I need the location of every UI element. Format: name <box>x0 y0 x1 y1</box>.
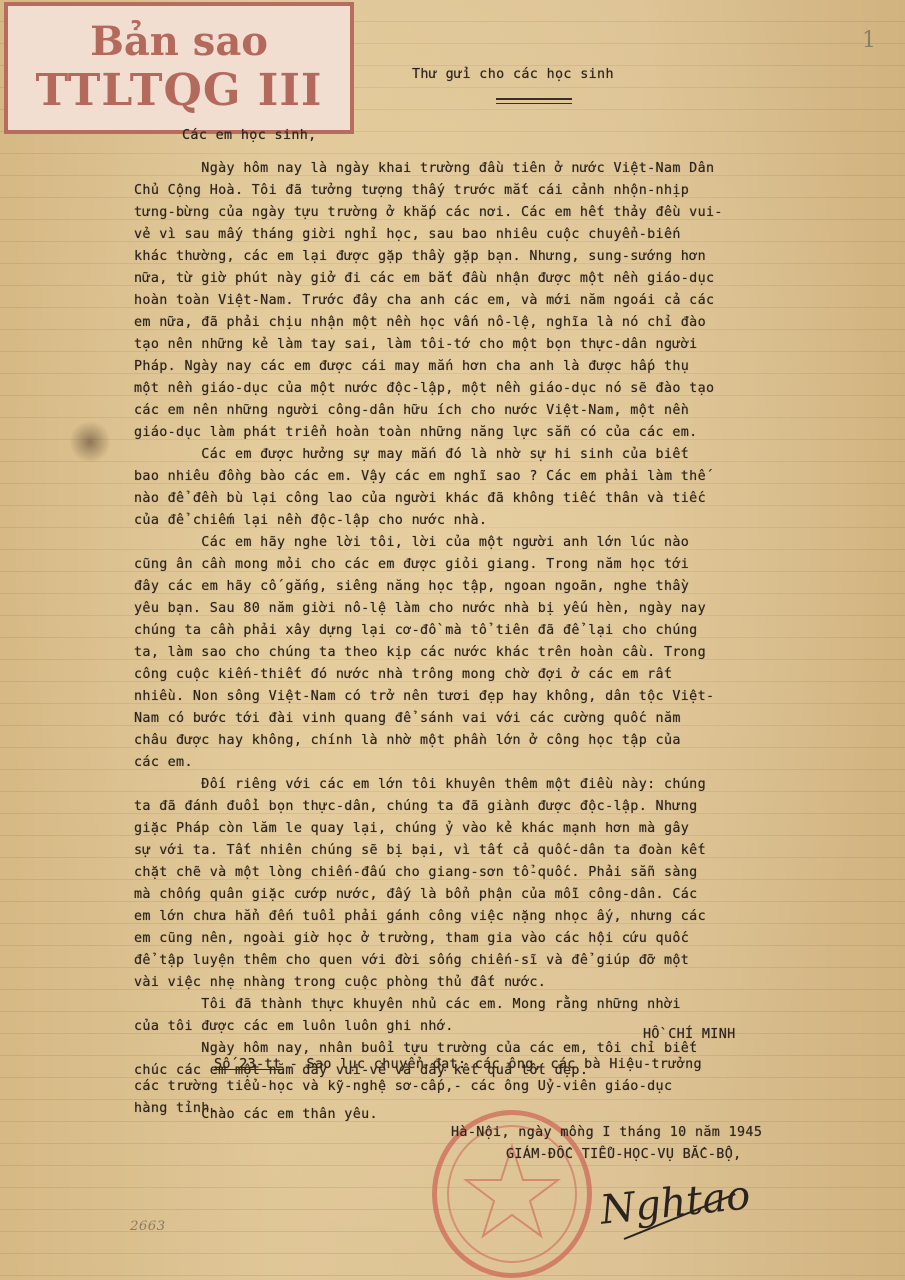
body-line: Các em được hưởng sự may mắn đó là nhờ s… <box>134 444 723 466</box>
body-line: công cuộc kiến-thiết đó nước nhà trông m… <box>134 664 723 686</box>
body-line: tạo nên những kẻ làm tay sai, làm tôi-tớ… <box>134 334 723 356</box>
body-line: em cũng nên, ngoài giờ học ở trường, tha… <box>134 928 723 950</box>
stamp-line-1: Bản sao <box>90 19 268 65</box>
body-line: vài việc nhẹ nhàng trong cuộc phòng thủ … <box>134 972 723 994</box>
body-line: Các em hãy nghe lời tôi, lời của một ngư… <box>134 532 723 554</box>
body-line: bao nhiêu đồng bào các em. Vậy các em ng… <box>134 466 723 488</box>
letter-body: Ngày hôm nay là ngày khai trường đầu tiê… <box>134 158 723 1126</box>
dispatch-line-2: các trường tiểu-học và kỹ-nghệ sơ-cấp,- … <box>134 1079 672 1094</box>
body-line: em nữa, đã phải chịu nhận một nền học vấ… <box>134 312 723 334</box>
body-line: Chủ Cộng Hoà. Tôi đã tưởng tượng thấy tr… <box>134 180 723 202</box>
body-line: chúng ta cần phải xây dựng lại cơ-đồ mà … <box>134 620 723 642</box>
dispatch-line-3: hàng tỉnh. <box>134 1101 218 1116</box>
body-line: tưng-bừng của ngày tựu trường ở khắp các… <box>134 202 723 224</box>
body-line: châu được hay không, chính là nhờ một ph… <box>134 730 723 752</box>
body-line: Pháp. Ngày nay các em được cái may mắn h… <box>134 356 723 378</box>
body-line: em lớn chưa hẳn đến tuổi phải gánh công … <box>134 906 723 928</box>
body-line: của để chiếm lại nền độc-lập cho nước nh… <box>134 510 723 532</box>
stamp-line-2: TTLTQG III <box>36 65 323 117</box>
body-line: khác thường, các em lại được gặp thầy gặ… <box>134 246 723 268</box>
body-line: một nền giáo-dục của một nước độc-lập, m… <box>134 378 723 400</box>
body-line: Nam có bước tới đài vinh quang để sánh v… <box>134 708 723 730</box>
issuing-office: GIÁM-ĐỐC TIỂU-HỌC-VỤ BẮC-BỘ, <box>506 1144 742 1166</box>
dispatch-number: Số 23-tt <box>214 1057 281 1072</box>
body-line: ta, làm sao cho chúng ta theo kịp các nư… <box>134 642 723 664</box>
body-line: nữa, từ giờ phút này giở đi các em bắt đ… <box>134 268 723 290</box>
body-line: mà chống quân giặc cướp nước, đấy là bổn… <box>134 884 723 906</box>
dispatch-line-1: - Sao lục chuyển đạt: các ông, các bà Hi… <box>281 1057 702 1072</box>
body-line: để tập luyện thêm cho quen với đời sống … <box>134 950 723 972</box>
body-line: Ngày hôm nay là ngày khai trường đầu tiê… <box>134 158 723 180</box>
title-underline <box>496 98 572 104</box>
letter-salutation: Các em học sinh, <box>182 125 317 147</box>
body-line: vẻ vì sau mấy tháng giời nghỉ học, sau b… <box>134 224 723 246</box>
body-line: cũng ân cần mong mỏi cho các em được giỏ… <box>134 554 723 576</box>
stain-mark <box>70 420 110 464</box>
body-line: các em. <box>134 752 723 774</box>
body-line: yêu bạn. Sau 80 năm giời nô-lệ làm cho n… <box>134 598 723 620</box>
place-and-date: Hà-Nội, ngày mồng I tháng 10 năm 1945 <box>451 1122 762 1144</box>
body-line: Đối riêng với các em lớn tôi khuyên thêm… <box>134 774 723 796</box>
dispatch-note: Số 23-tt - Sao lục chuyển đạt: các ông, … <box>134 1054 702 1120</box>
body-line: sự với ta. Tất nhiên chúng sẽ bị bại, vì… <box>134 840 723 862</box>
archive-copy-stamp: Bản sao TTLTQG III <box>4 2 354 134</box>
letter-title: Thư gửi cho các học sinh <box>412 64 614 86</box>
body-line: ta đã đánh đuổi bọn thực-dân, chúng ta đ… <box>134 796 723 818</box>
archive-number: 2663 <box>130 1216 165 1238</box>
body-line: giáo-dục làm phát triển hoàn toàn những … <box>134 422 723 444</box>
signatory-name: HỒ CHÍ MINH <box>643 1024 736 1046</box>
body-line: Tôi đã thành thực khuyên nhủ các em. Mon… <box>134 994 723 1016</box>
body-line: của tôi được các em luôn luôn ghi nhớ. <box>134 1016 723 1038</box>
body-line: nhiều. Non sông Việt-Nam có trở nên tươi… <box>134 686 723 708</box>
body-line: giặc Pháp còn lăm le quay lại, chúng ỷ v… <box>134 818 723 840</box>
body-line: chặt chẽ và một lòng chiến-đấu cho giang… <box>134 862 723 884</box>
body-line: đây các em hãy cố gắng, siêng năng học t… <box>134 576 723 598</box>
body-line: nào để đền bù lại công lao của người khá… <box>134 488 723 510</box>
page-number-mark: 1 <box>862 28 876 53</box>
body-line: hoàn toàn Việt-Nam. Trước đây cha anh cá… <box>134 290 723 312</box>
body-line: các em nên những người công-dân hữu ích … <box>134 400 723 422</box>
